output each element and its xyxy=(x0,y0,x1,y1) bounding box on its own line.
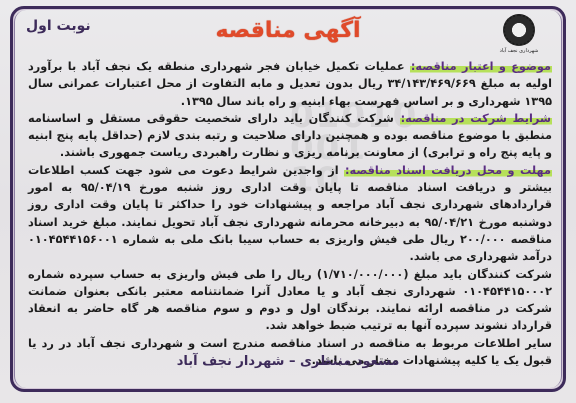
notice-body: موضوع و اعتبار مناقصه: عملیات تکمیل خیاب… xyxy=(28,58,552,369)
notice-title: آگهی مناقصه xyxy=(14,18,562,43)
section-guarantee: شرکت کنندگان باید مبلغ (۱/۷۱۰/۰۰۰/۰۰۰) ر… xyxy=(28,266,552,335)
section-text: از واجدین شرایط دعوت می شود جهت کسب اطلا… xyxy=(28,164,552,263)
section-deadline: مهلت و محل دریافت اسناد مناقصه: از واجدی… xyxy=(28,162,552,266)
section-heading: مهلت و محل دریافت اسناد مناقصه: xyxy=(344,164,552,177)
section-heading: موضوع و اعتبار مناقصه: xyxy=(410,60,552,73)
notice-header: شهرداری نجف آباد آگهی مناقصه نوبت اول xyxy=(14,10,562,56)
tender-notice-page: 0101000110 شهرداری نجف آباد آگهی مناقصه … xyxy=(0,0,576,403)
section-conditions: شرایط شرکت در مناقصه: شرکت کنندگان باید … xyxy=(28,110,552,162)
section-subject: موضوع و اعتبار مناقصه: عملیات تکمیل خیاب… xyxy=(28,58,552,110)
publication-round: نوبت اول xyxy=(26,18,91,34)
section-text: شرکت کنندگان باید مبلغ (۱/۷۱۰/۰۰۰/۰۰۰) ر… xyxy=(28,268,552,333)
signature: مسعود منتظری – شهردار نجف آباد xyxy=(0,354,576,369)
logo-label: شهرداری نجف آباد xyxy=(496,48,542,54)
section-heading: شرایط شرکت در مناقصه: xyxy=(400,112,552,125)
